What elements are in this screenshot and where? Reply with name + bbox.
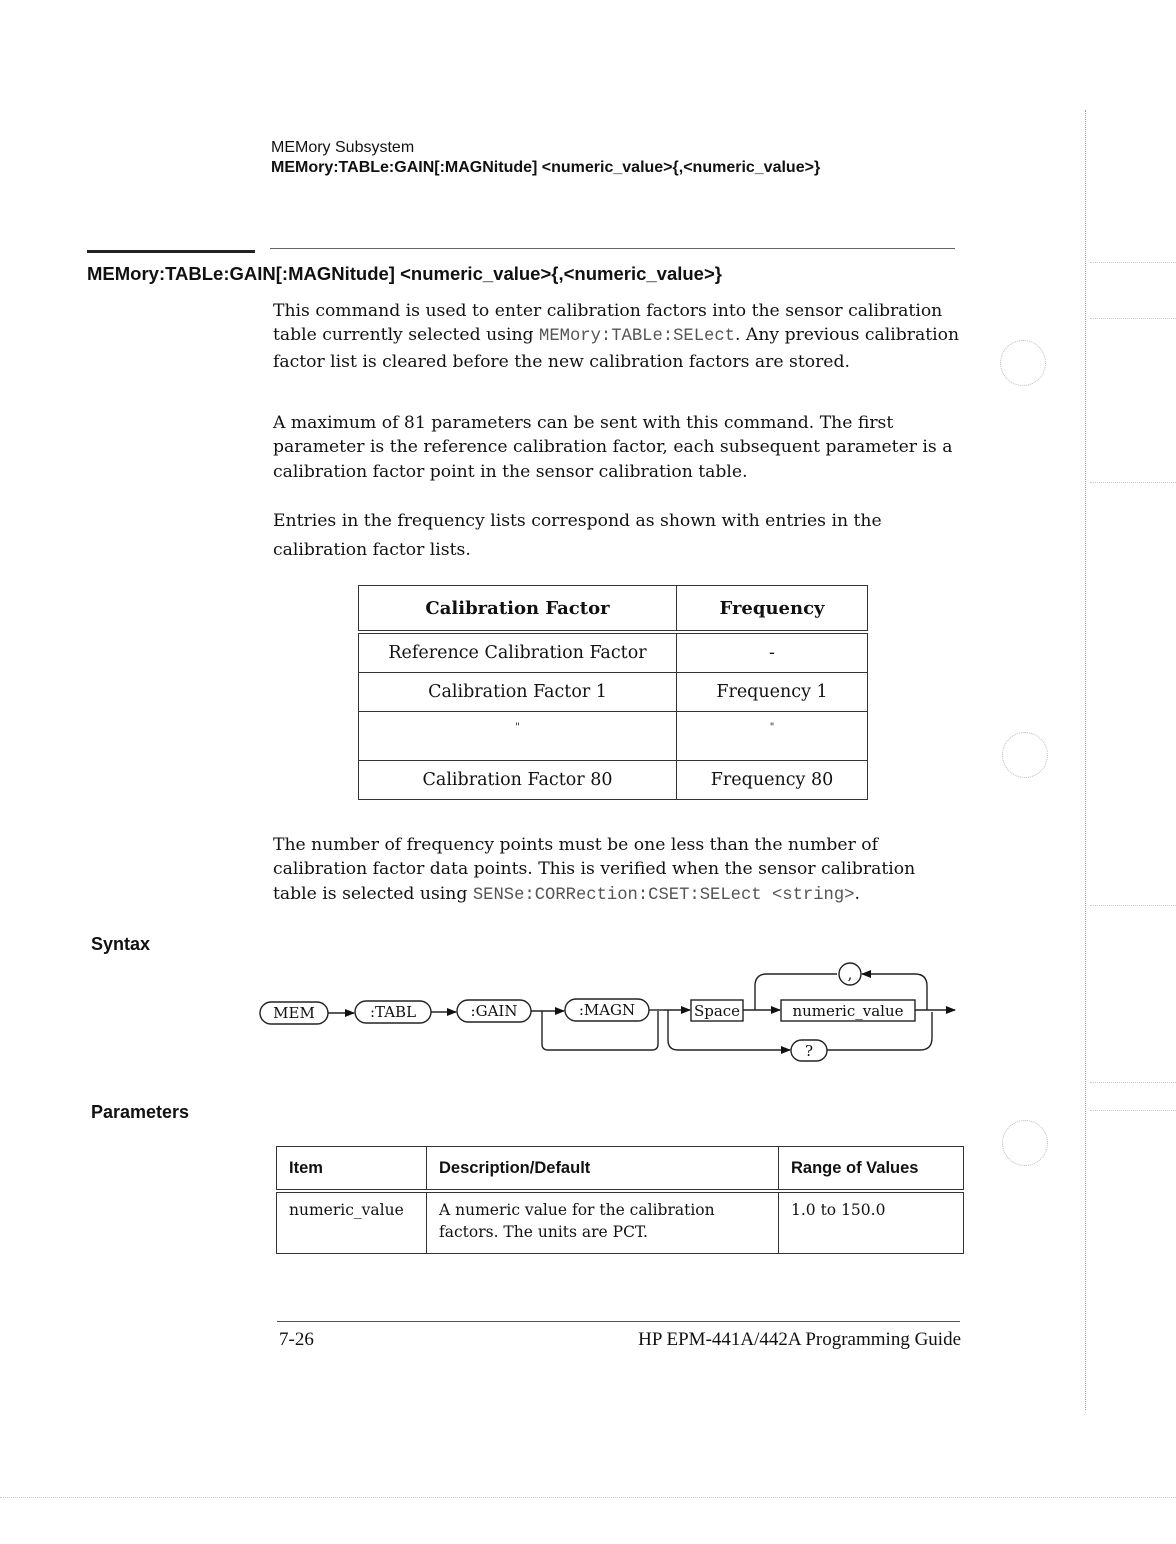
table-header-row: Calibration Factor Frequency bbox=[359, 586, 868, 633]
table-row: Reference Calibration Factor - bbox=[359, 632, 868, 673]
scan-artifact bbox=[1090, 1110, 1176, 1111]
paragraph-text: . bbox=[854, 884, 859, 904]
table-cell: " bbox=[677, 712, 868, 761]
column-header: Calibration Factor bbox=[359, 586, 677, 633]
scan-artifact bbox=[1090, 1082, 1176, 1083]
binder-edge-line bbox=[1085, 110, 1087, 1410]
command-heading: MEMory:TABLe:GAIN[:MAGNitude] <numeric_v… bbox=[87, 263, 722, 285]
table-cell: " bbox=[359, 712, 677, 761]
frequency-points-paragraph: The number of frequency points must be o… bbox=[273, 833, 963, 908]
column-header: Description/Default bbox=[427, 1147, 779, 1192]
table-cell: 1.0 to 150.0 bbox=[779, 1191, 964, 1254]
table-cell: Frequency 1 bbox=[677, 673, 868, 712]
section-rule-thin bbox=[270, 248, 955, 249]
node-space-label: Space bbox=[694, 1002, 740, 1020]
node-tabl-label: :TABL bbox=[370, 1003, 416, 1021]
node-magn-label: :MAGN bbox=[579, 1001, 635, 1019]
inline-code: MEMory:TABLe:SELect bbox=[539, 327, 735, 346]
entries-paragraph: Entries in the frequency lists correspon… bbox=[273, 507, 963, 565]
punch-hole bbox=[1002, 1120, 1048, 1166]
table-row: numeric_value A numeric value for the ca… bbox=[277, 1191, 964, 1254]
syntax-diagram: MEM :TABL :GAIN :MAGN Space numeric_valu… bbox=[250, 960, 970, 1070]
table-row: Calibration Factor 80 Frequency 80 bbox=[359, 761, 868, 800]
parameters-paragraph: A maximum of 81 parameters can be sent w… bbox=[273, 411, 963, 484]
table-cell: Reference Calibration Factor bbox=[359, 632, 677, 673]
table-cell: numeric_value bbox=[277, 1191, 427, 1254]
running-head: MEMory Subsystem MEMory:TABLe:GAIN[:MAGN… bbox=[271, 138, 820, 178]
table-header-row: Item Description/Default Range of Values bbox=[277, 1147, 964, 1192]
punch-hole bbox=[1000, 340, 1046, 386]
page-number: 7-26 bbox=[279, 1329, 314, 1351]
running-head-command: MEMory:TABLe:GAIN[:MAGNitude] <numeric_v… bbox=[271, 158, 820, 178]
scan-artifact bbox=[0, 1497, 1176, 1498]
inline-code: SENSe:CORRection:CSET:SELect <string> bbox=[473, 886, 855, 905]
table-row: Calibration Factor 1 Frequency 1 bbox=[359, 673, 868, 712]
guide-title: HP EPM-441A/442A Programming Guide bbox=[638, 1329, 961, 1351]
node-numeric-value-label: numeric_value bbox=[792, 1002, 903, 1020]
column-header: Range of Values bbox=[779, 1147, 964, 1192]
table-row: " " bbox=[359, 712, 868, 761]
table-cell: Calibration Factor 1 bbox=[359, 673, 677, 712]
footer-rule bbox=[277, 1321, 960, 1322]
node-gain-label: :GAIN bbox=[471, 1002, 518, 1020]
column-header: Frequency bbox=[677, 586, 868, 633]
punch-hole bbox=[1002, 732, 1048, 778]
table-cell: Frequency 80 bbox=[677, 761, 868, 800]
scan-artifact bbox=[1090, 482, 1176, 483]
parameters-table: Item Description/Default Range of Values… bbox=[276, 1146, 964, 1254]
scan-artifact bbox=[1090, 262, 1176, 263]
running-head-section: MEMory Subsystem bbox=[271, 138, 820, 158]
description-paragraph: This command is used to enter calibratio… bbox=[273, 299, 963, 374]
scan-artifact bbox=[1090, 905, 1176, 906]
syntax-label: Syntax bbox=[91, 934, 150, 955]
table-cell: A numeric value for the calibration fact… bbox=[427, 1191, 779, 1254]
table-cell: - bbox=[677, 632, 868, 673]
calibration-table: Calibration Factor Frequency Reference C… bbox=[358, 585, 868, 800]
scan-artifact bbox=[1090, 318, 1176, 319]
column-header: Item bbox=[277, 1147, 427, 1192]
section-rule-thick bbox=[87, 250, 255, 253]
node-comma-label: , bbox=[848, 965, 853, 983]
table-cell: Calibration Factor 80 bbox=[359, 761, 677, 800]
node-mem-label: MEM bbox=[273, 1004, 315, 1022]
parameters-label: Parameters bbox=[91, 1102, 189, 1123]
node-query-label: ? bbox=[805, 1042, 813, 1060]
